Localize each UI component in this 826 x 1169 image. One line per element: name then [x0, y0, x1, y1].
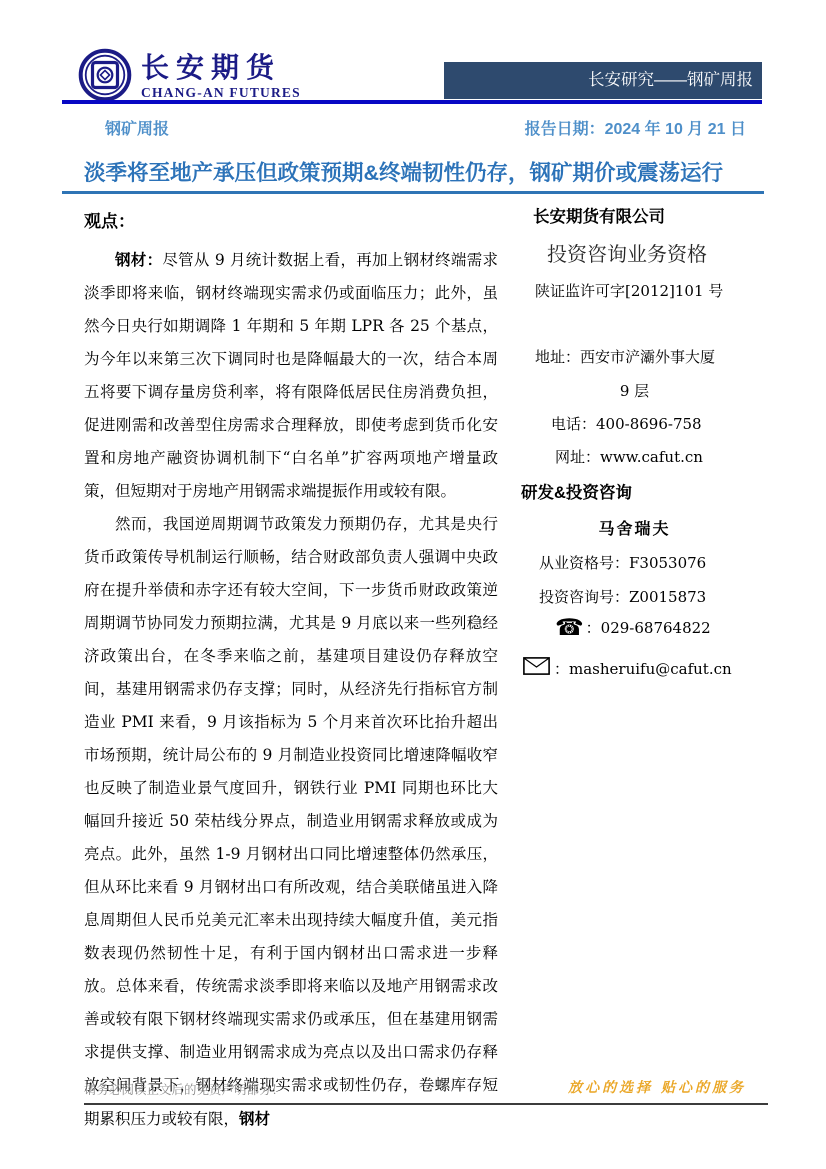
paragraph-tail-steel: 钢材: [239, 1109, 270, 1128]
footer-divider: [84, 1103, 768, 1105]
report-meta-row: 钢矿周报 报告日期：2024 年 10 月 21 日: [78, 116, 746, 139]
viewpoint-heading: 观点：: [84, 207, 498, 232]
company-phone: 电话：400-8696-758: [551, 414, 748, 434]
company-address-line2: 9 层: [521, 381, 748, 401]
research-series-banner: 长安研究——钢矿周报: [444, 62, 762, 99]
company-info-sidebar: 长安期货有限公司 投资咨询业务资格 陕证监许可字[2012]101 号 地址：西…: [521, 207, 748, 680]
telephone-icon: ☎: [555, 617, 584, 639]
company-website: 网址：www.cafut.cn: [555, 447, 748, 467]
company-address-line1: 地址：西安市浐灞外事大厦: [535, 347, 748, 367]
logo-english-name: CHANG-AN FUTURES: [141, 86, 301, 100]
research-section-heading: 研发&投资咨询: [521, 483, 748, 503]
coin-logo-icon: [78, 48, 132, 106]
paragraph-lead-steel: 钢材：: [115, 250, 162, 269]
license-number: 陕证监许可字[2012]101 号: [535, 281, 748, 301]
analyst-practice-cert: 从业资格号：F3053076: [539, 553, 748, 573]
analyst-advisory-cert: 投资咨询号：Z0015873: [539, 587, 748, 607]
report-title: 淡季将至地产承压但政策预期&终端韧性仍存，钢矿期价或震荡运行: [84, 156, 748, 187]
report-page: 长安期货 CHANG-AN FUTURES 长安研究——钢矿周报 钢矿周报 报告…: [0, 0, 826, 1169]
footer-disclaimer: 请务必阅读正文后的免责声明部分！: [84, 1080, 284, 1098]
analyst-phone-row: ☎：029-68764822: [555, 617, 748, 639]
report-date: 报告日期：2024 年 10 月 21 日: [525, 116, 746, 139]
logo-chinese-name: 长安期货: [141, 54, 301, 82]
title-divider: [62, 191, 764, 194]
analyst-name: 马舍瑞夫: [521, 519, 748, 539]
viewpoint-section: 观点： 钢材：尽管从 9 月统计数据上看，再加上钢材终端需求淡季即将来临，钢材终…: [84, 207, 498, 1136]
company-name: 长安期货有限公司: [533, 207, 748, 227]
report-type-label: 钢矿周报: [78, 116, 169, 139]
analyst-email: ：masheruifu@cafut.cn: [554, 659, 732, 679]
business-qualification: 投资咨询业务资格: [547, 245, 748, 265]
footer-slogan: 放心的选择 贴心的服务: [568, 1077, 746, 1097]
viewpoint-paragraph-steel: 钢材：尽管从 9 月统计数据上看，再加上钢材终端需求淡季即将来临，钢材终端现实需…: [84, 243, 498, 508]
company-logo: 长安期货 CHANG-AN FUTURES: [78, 48, 301, 106]
envelope-icon: [523, 657, 550, 680]
viewpoint-paragraph-policy: 然而，我国逆周期调节政策发力预期仍存，尤其是央行货币政策传导机制运行顺畅，结合财…: [84, 508, 498, 1136]
analyst-phone: ：029-68764822: [586, 618, 711, 638]
analyst-email-row: ：masheruifu@cafut.cn: [523, 657, 748, 680]
header-divider: [62, 100, 762, 104]
